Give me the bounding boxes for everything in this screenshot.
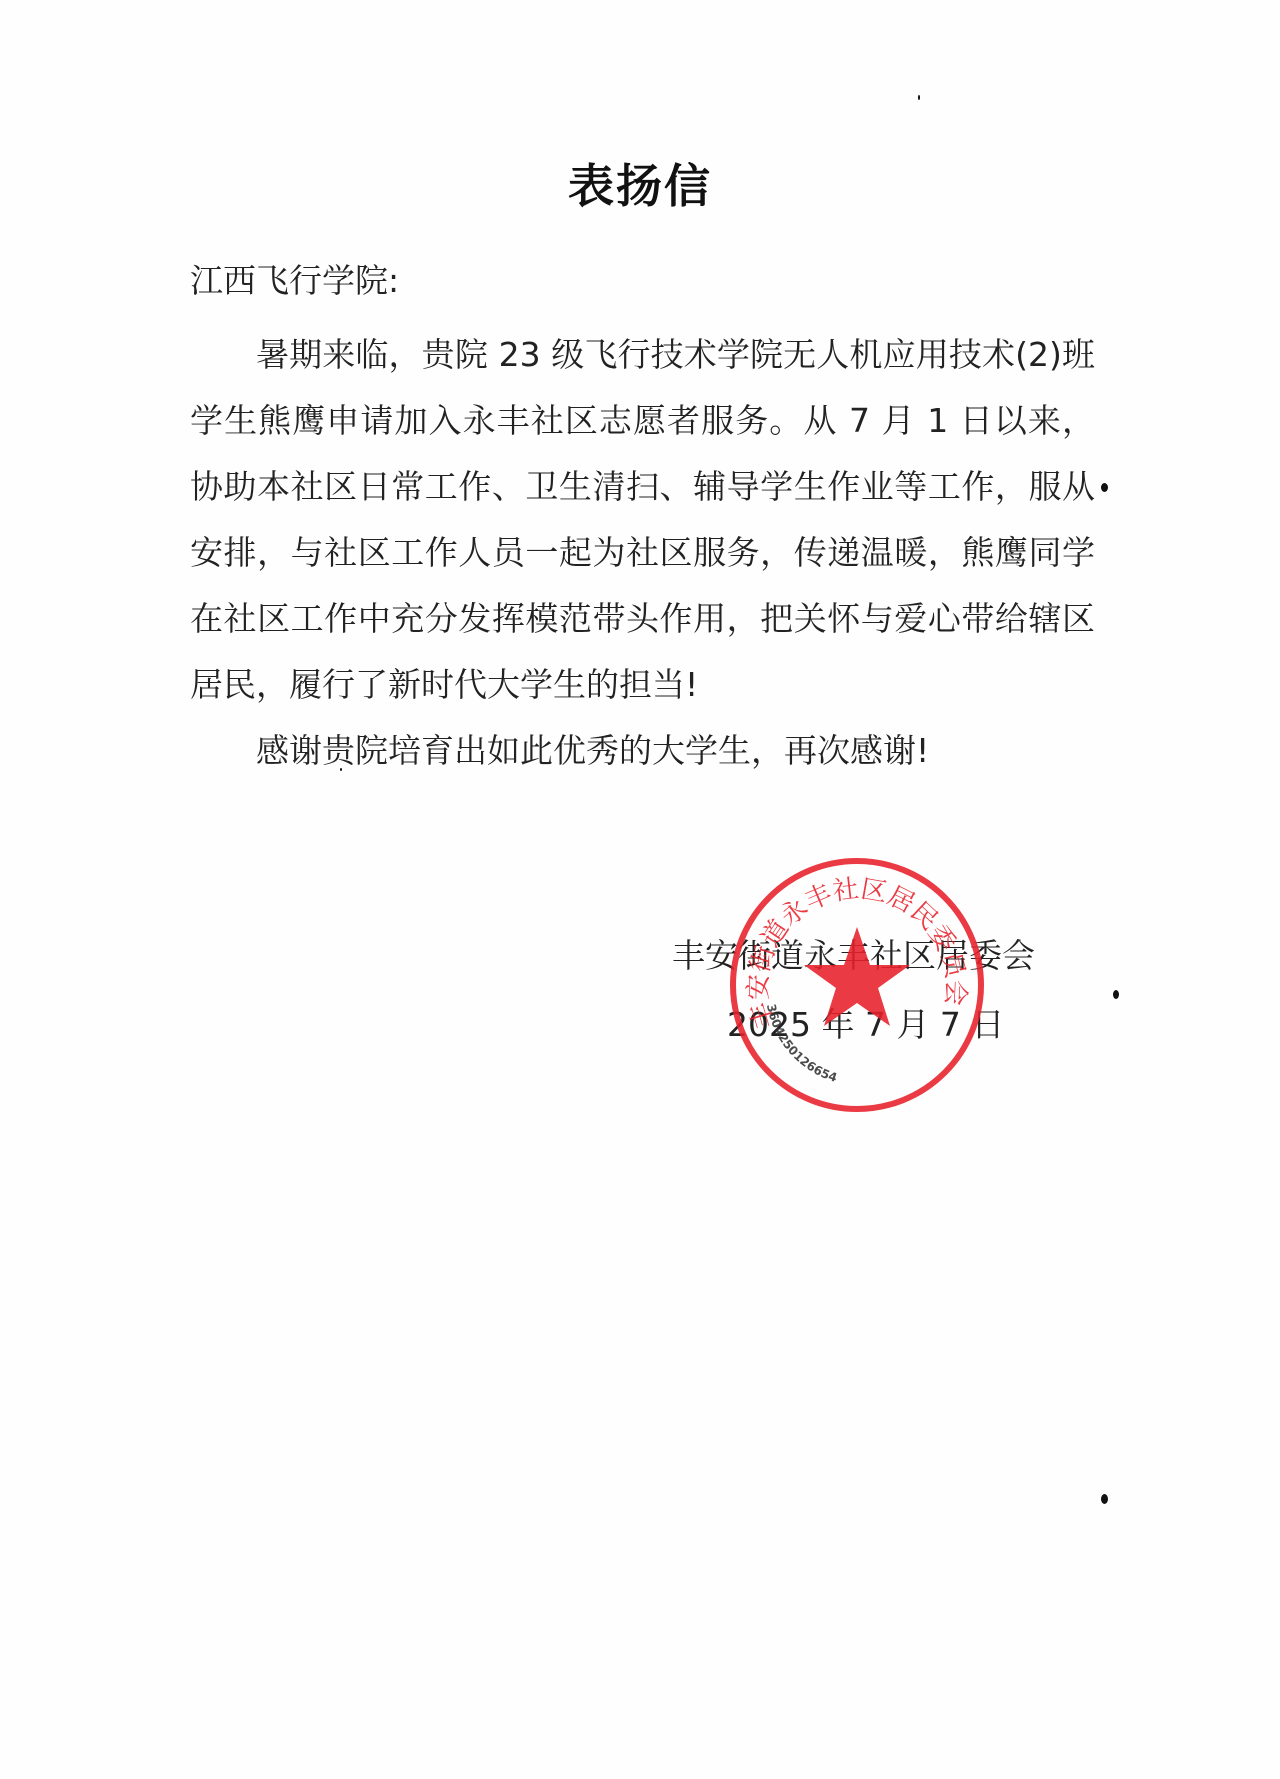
letter-page: 表扬信 江西飞行学院: 暑期来临，贵院 23 级飞行技术学院无人机应用技术(2)… (0, 0, 1280, 1779)
scan-speck (918, 95, 920, 100)
scan-speck (1113, 990, 1119, 999)
scan-speck (1101, 1494, 1108, 1504)
body-paragraph: 暑期来临，贵院 23 级飞行技术学院无人机应用技术(2)班学生熊鹰申请加入永丰社… (190, 322, 1095, 718)
closing-paragraph: 感谢贵院培育出如此优秀的大学生，再次感谢! (190, 718, 1095, 784)
signature-block: 丰安街道永丰社区居委会 2025 年 7 月 7 日 (672, 930, 1072, 1046)
scan-speck (1101, 483, 1108, 492)
signing-organization: 丰安街道永丰社区居委会 (672, 930, 1072, 977)
signature-date: 2025 年 7 月 7 日 (727, 999, 1072, 1046)
salutation: 江西飞行学院: (190, 255, 399, 302)
letter-title: 表扬信 (0, 150, 1280, 216)
scan-speck (340, 768, 342, 771)
letter-body: 暑期来临，贵院 23 级飞行技术学院无人机应用技术(2)班学生熊鹰申请加入永丰社… (190, 322, 1095, 784)
